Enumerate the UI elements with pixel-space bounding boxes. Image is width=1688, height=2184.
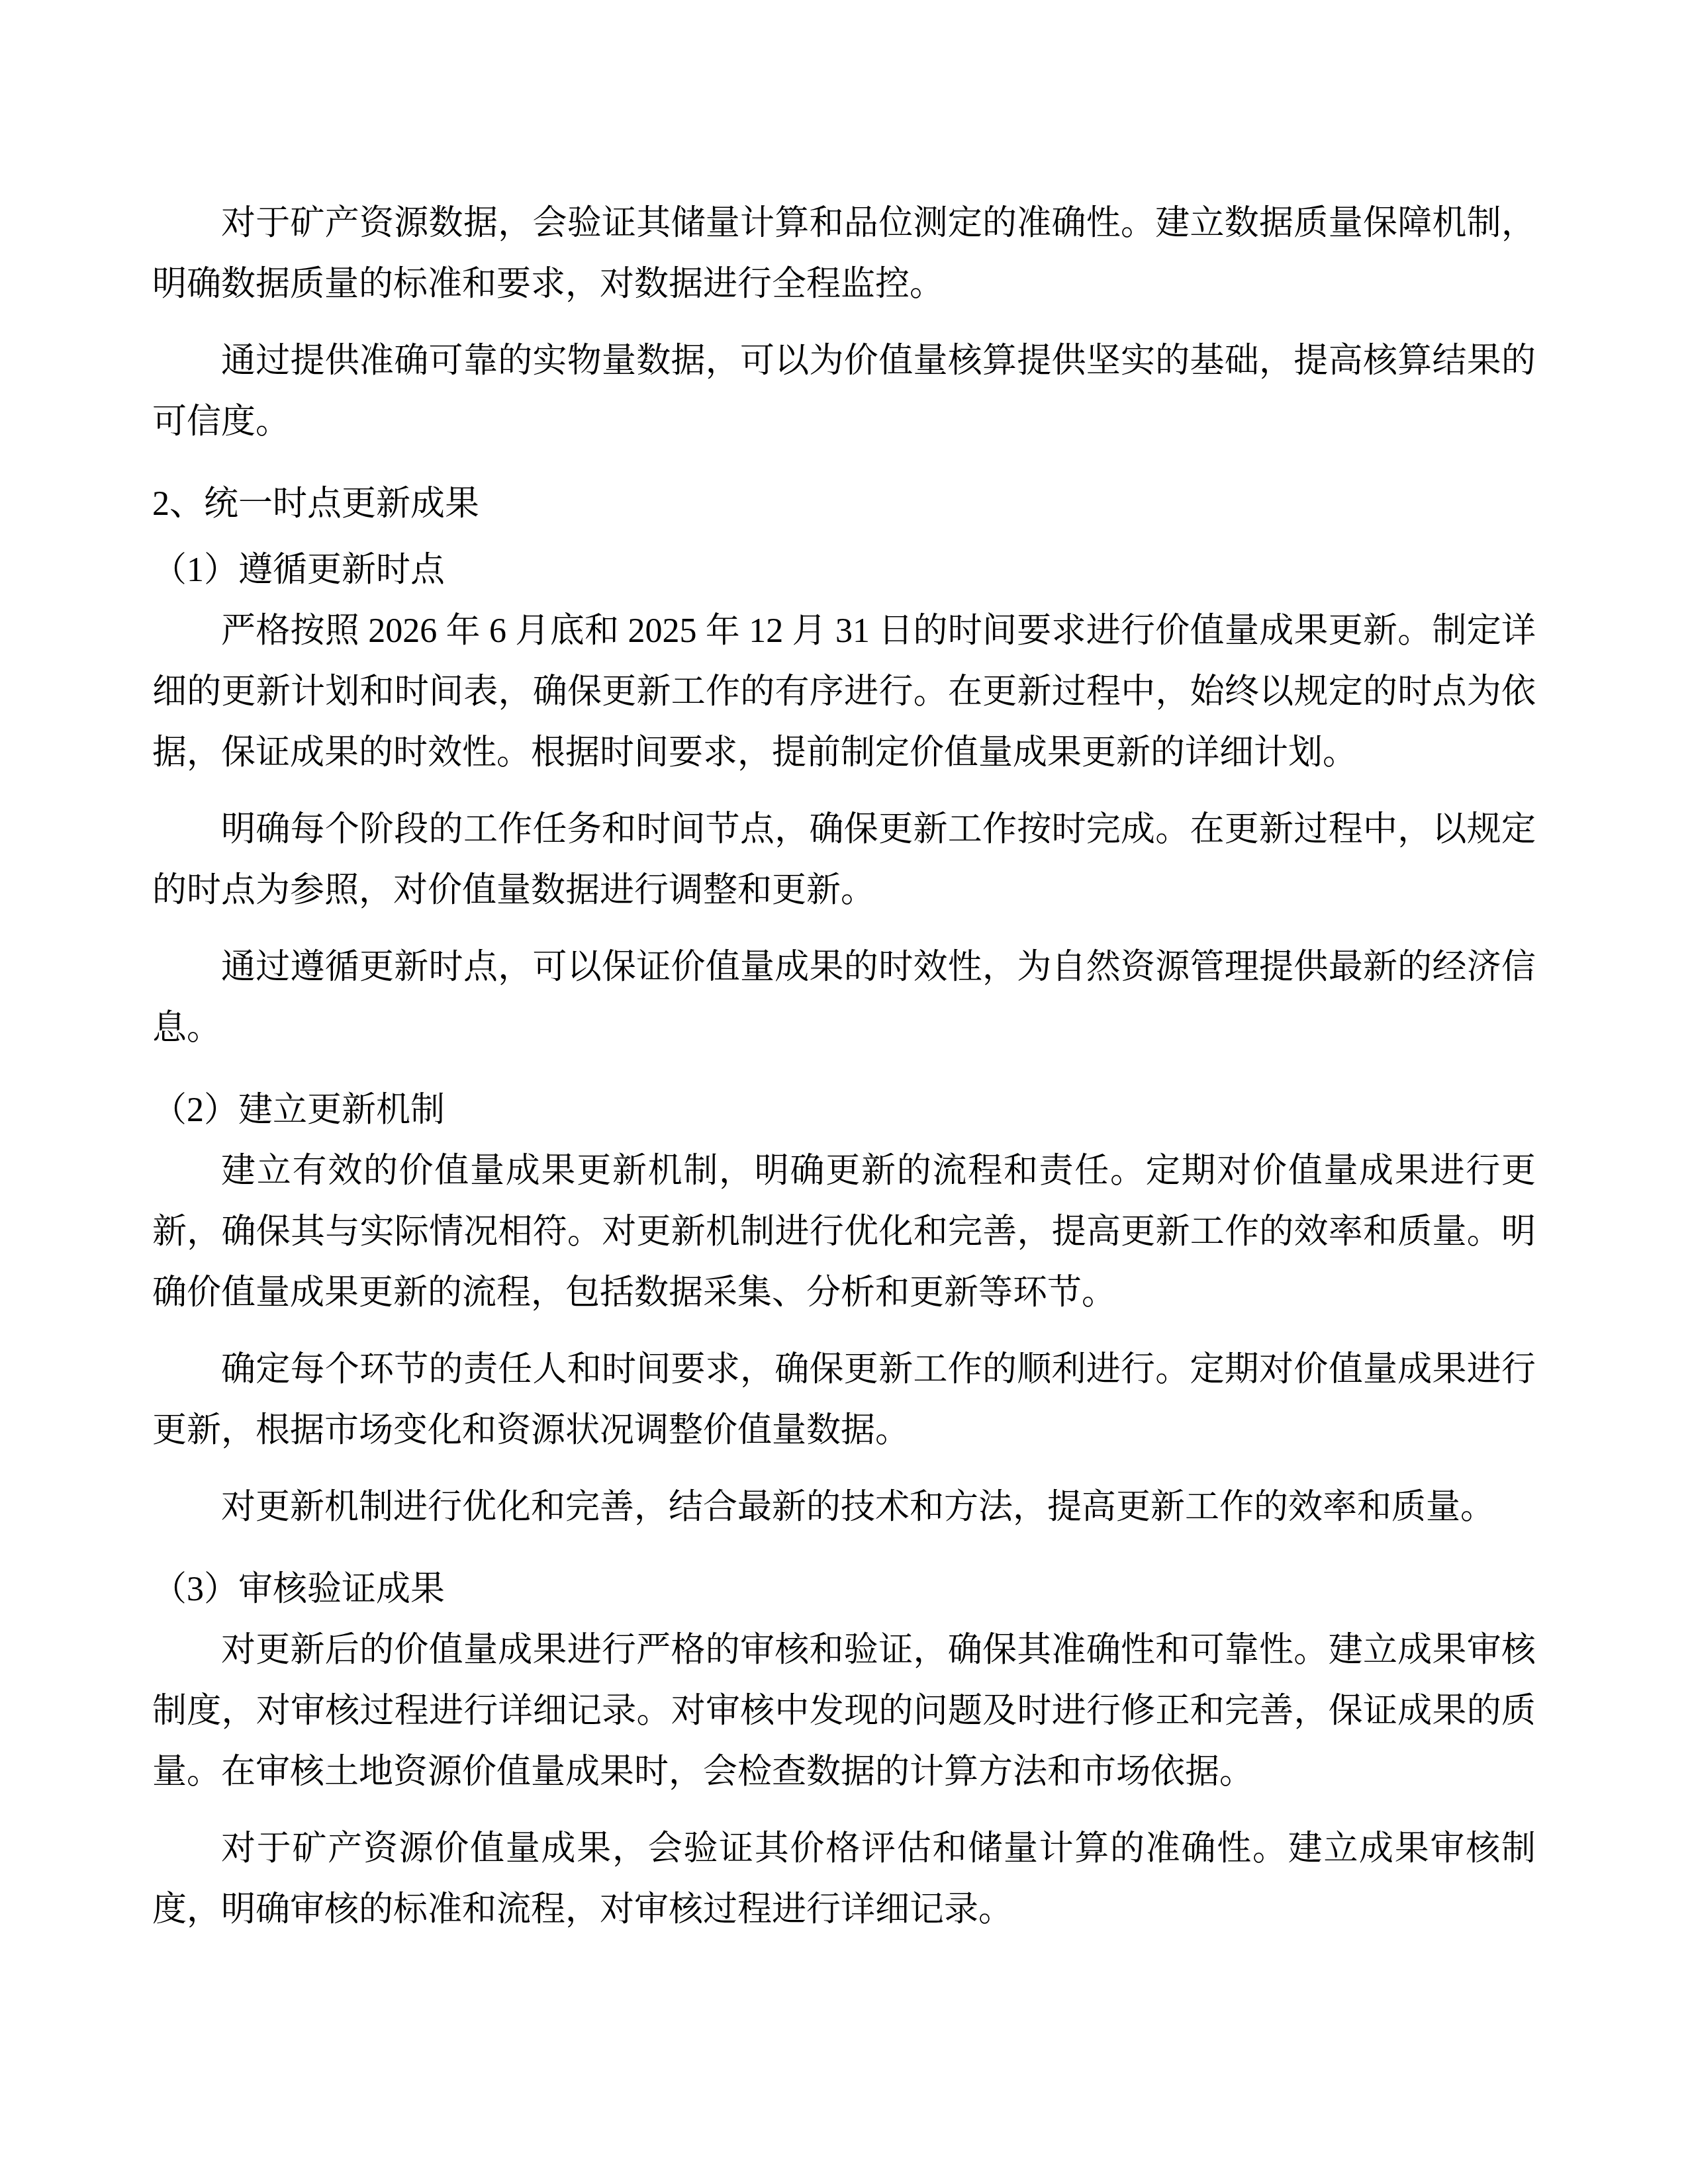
paragraph: 严格按照 2026 年 6 月底和 2025 年 12 月 31 日的时间要求进… [152, 601, 1536, 784]
section-heading: 2、统一时点更新成果 [152, 474, 1536, 535]
paragraph: 通过遵循更新时点，可以保证价值量成果的时效性，为自然资源管理提供最新的经济信息。 [152, 937, 1536, 1059]
document-page: 对于矿产资源数据，会验证其储量计算和品位测定的准确性。建立数据质量保障机制，明确… [0, 0, 1688, 2184]
paragraph: 对更新机制进行优化和完善，结合最新的技术和方法，提高更新工作的效率和质量。 [152, 1477, 1536, 1538]
paragraph: 建立有效的价值量成果更新机制，明确更新的流程和责任。定期对价值量成果进行更新，确… [152, 1141, 1536, 1324]
paragraph: 明确每个阶段的工作任务和时间节点，确保更新工作按时完成。在更新过程中，以规定的时… [152, 799, 1536, 921]
paragraph: 对更新后的价值量成果进行严格的审核和验证，确保其准确性和可靠性。建立成果审核制度… [152, 1620, 1536, 1803]
sub-heading: （1）遵循更新时点 [152, 540, 1536, 601]
paragraph: 确定每个环节的责任人和时间要求，确保更新工作的顺利进行。定期对价值量成果进行更新… [152, 1340, 1536, 1461]
sub-heading: （2）建立更新机制 [152, 1080, 1536, 1141]
paragraph: 通过提供准确可靠的实物量数据，可以为价值量核算提供坚实的基础，提高核算结果的可信… [152, 331, 1536, 453]
sub-heading: （3）审核验证成果 [152, 1559, 1536, 1620]
document-content: 对于矿产资源数据，会验证其储量计算和品位测定的准确性。建立数据质量保障机制，明确… [152, 193, 1536, 1940]
paragraph: 对于矿产资源数据，会验证其储量计算和品位测定的准确性。建立数据质量保障机制，明确… [152, 193, 1536, 315]
paragraph: 对于矿产资源价值量成果，会验证其价格评估和储量计算的准确性。建立成果审核制度，明… [152, 1819, 1536, 1940]
